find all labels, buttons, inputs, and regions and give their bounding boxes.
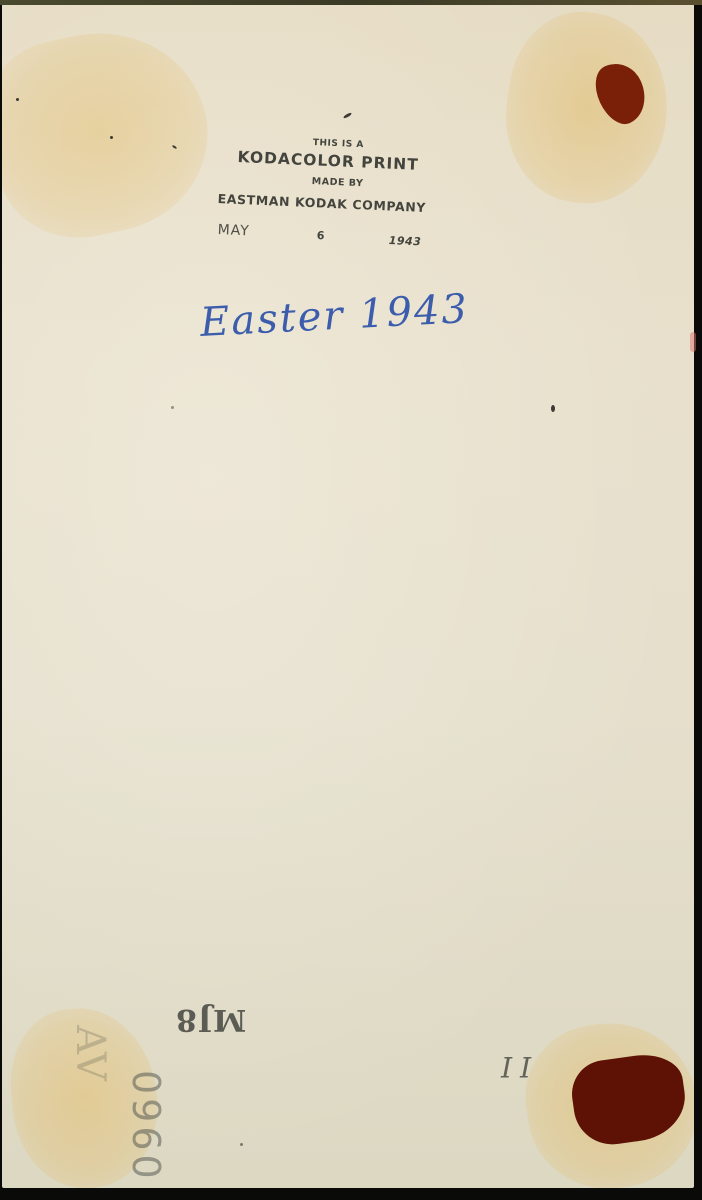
speck <box>16 98 19 101</box>
speck <box>551 405 555 412</box>
faint-mark: AV <box>67 1025 113 1081</box>
stamp-day: 6 <box>316 229 325 242</box>
stamp-year: 1943 <box>388 234 421 248</box>
edge-discoloration <box>690 332 696 352</box>
processing-number-mark: 0960 <box>124 1070 168 1183</box>
top-edge-shadow <box>0 0 702 5</box>
speck <box>171 406 174 409</box>
stamp-month: May <box>217 222 250 239</box>
water-stain-top-left <box>2 13 225 253</box>
stamp-line-3: Made by <box>312 176 364 189</box>
speck <box>240 1143 243 1146</box>
speck <box>110 136 113 139</box>
roman-numeral-mark: II <box>493 1050 531 1083</box>
processing-code-mark: MJ8 <box>175 1002 246 1037</box>
water-stain-top-right <box>495 3 680 213</box>
